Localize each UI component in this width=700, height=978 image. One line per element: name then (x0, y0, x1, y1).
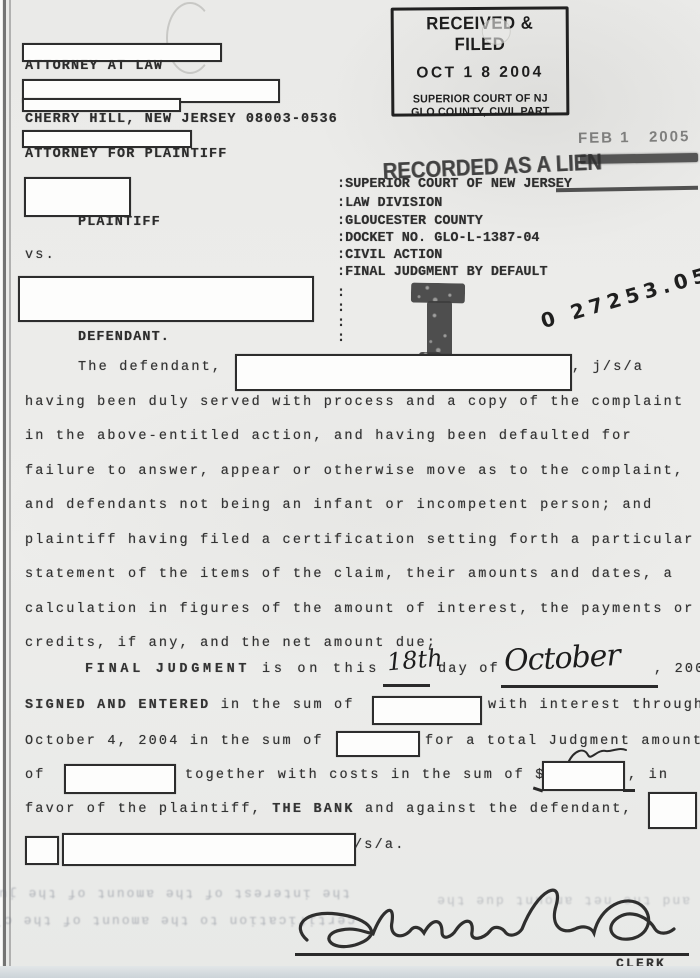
redaction-box-phone (22, 130, 192, 148)
received-filed-stamp: RECEIVED & FILED OCT 1 8 2004 SUPERIOR C… (391, 6, 570, 116)
court-caption-line: :CIVIL ACTION (337, 248, 442, 263)
stamp-court: SUPERIOR COURT OF NJ (397, 92, 564, 106)
the-bank-bold: THE BANK (272, 802, 354, 817)
handwritten-number: 0 27253.05 (538, 262, 700, 334)
stamp-part: GLO COUNTY, CIVIL PART (397, 105, 564, 119)
stamp-title: RECEIVED & FILED (400, 12, 560, 55)
judgment-line-5: favor of the plaintiff, THE BANK and aga… (25, 802, 633, 817)
body-line: calculation in figures of the amount of … (25, 602, 695, 617)
redaction-box-costs (542, 761, 625, 791)
attorney-at-law-text: ATTORNEY AT LAW (25, 59, 163, 74)
caption-colon: : (337, 301, 345, 316)
defendant-label: DEFENDANT. (78, 330, 170, 345)
scan-edge-line (3, 0, 6, 978)
scan-edge-gutter (0, 0, 2, 978)
court-caption-line: :FINAL JUDGMENT BY DEFAULT (337, 265, 548, 280)
redaction-box-defendant-name (18, 276, 314, 322)
court-caption-line: :SUPERIOR COURT OF NEW JERSEY (337, 177, 572, 192)
underscore-mark-2 (623, 789, 635, 792)
court-caption-line: :LAW DIVISION (337, 196, 442, 211)
final-judgment-bold: FINAL JUDGMENT (85, 662, 250, 677)
plaintiff-label: PLAINTIFF (78, 215, 161, 230)
ink-blot-stamp-stem (427, 301, 452, 359)
paper-mottle-2 (0, 380, 700, 680)
day-underline (383, 684, 430, 687)
feb-date-stamp: FEB 1 2005 (578, 128, 691, 147)
redaction-box-sum-3 (64, 764, 176, 794)
ink-blot (482, 18, 511, 45)
year-text: , 2004 (654, 662, 700, 677)
redaction-box-plaintiff-name (24, 177, 131, 217)
body-line: failure to answer, appear or otherwise m… (25, 464, 684, 479)
opening-pre-text: The defendant, (78, 360, 222, 375)
attorney-for-plaintiff-text: ATTORNEY FOR PLAINTIFF (25, 147, 227, 162)
redaction-box-sum-2 (336, 731, 420, 757)
bottom-scan-strip (0, 966, 700, 978)
address-text: CHERRY HILL, NEW JERSEY 08003-0536 (25, 112, 338, 127)
judgment-line-3: October 4, 2004 in the sum of (25, 734, 324, 749)
body-line: in the above-entitled action, and having… (25, 429, 633, 444)
pencil-mark (166, 2, 214, 74)
caption-colon: : (337, 331, 345, 346)
judgment-line-4-after: , in (628, 768, 669, 783)
redaction-box-defendant-initial (648, 792, 697, 829)
vs-text: vs. (25, 248, 56, 263)
judgment-line-4-mid: together with costs in the sum of $ (185, 768, 546, 783)
body-line: plaintiff having filed a certification s… (25, 533, 695, 548)
redaction-box-sum-1 (372, 696, 482, 725)
caption-colon: : (337, 316, 345, 331)
body-line: and defendants not being an infant or in… (25, 498, 653, 513)
stamp-underline (556, 186, 698, 192)
month-underline (501, 685, 658, 688)
favor-post: and against the defendant, (355, 802, 633, 817)
handwritten-month: October (503, 638, 620, 679)
judgment-line-1: FINAL JUDGMENT is on this (85, 662, 380, 677)
redaction-box-address-2 (22, 98, 181, 112)
redaction-box-defendant-2 (62, 833, 356, 866)
body-line: credits, if any, and the net amount due; (25, 636, 437, 651)
redaction-box-defendant-inline (235, 354, 572, 391)
scanned-document-page: ATTORNEY AT LAW CHERRY HILL, NEW JERSEY … (0, 0, 700, 978)
signed-entered-bold: SIGNED AND ENTERED (25, 698, 210, 713)
signed-entered-rest: in the sum of (210, 698, 354, 713)
day-of-text: day of (438, 662, 500, 677)
final-judgment-rest: is on this (250, 662, 380, 677)
body-line: having been duly served with process and… (25, 395, 684, 410)
redaction-box-small (25, 836, 59, 865)
jsa-suffix-text: /s/a. (354, 838, 406, 853)
scan-edge-line-2 (9, 0, 11, 978)
favor-pre: favor of the plaintiff, (25, 802, 272, 817)
caption-colon: : (337, 286, 345, 301)
judgment-line-2-after: with interest through (488, 698, 700, 713)
judgment-line-4-pre: of (25, 768, 46, 783)
clerk-signature (293, 874, 693, 958)
stamp-date: OCT 1 8 2004 (394, 63, 566, 82)
court-caption-line: :DOCKET NO. GLO-L-1387-04 (337, 231, 540, 246)
handwritten-day: 18th (386, 644, 444, 677)
opening-post-text: , j/s/a (572, 360, 644, 375)
judgment-line-2: SIGNED AND ENTERED in the sum of (25, 698, 355, 713)
body-line: statement of the items of the claim, the… (25, 567, 674, 582)
judgment-line-3-after: for a total Judgment amount (425, 734, 700, 749)
court-caption-line: :GLOUCESTER COUNTY (337, 214, 483, 229)
